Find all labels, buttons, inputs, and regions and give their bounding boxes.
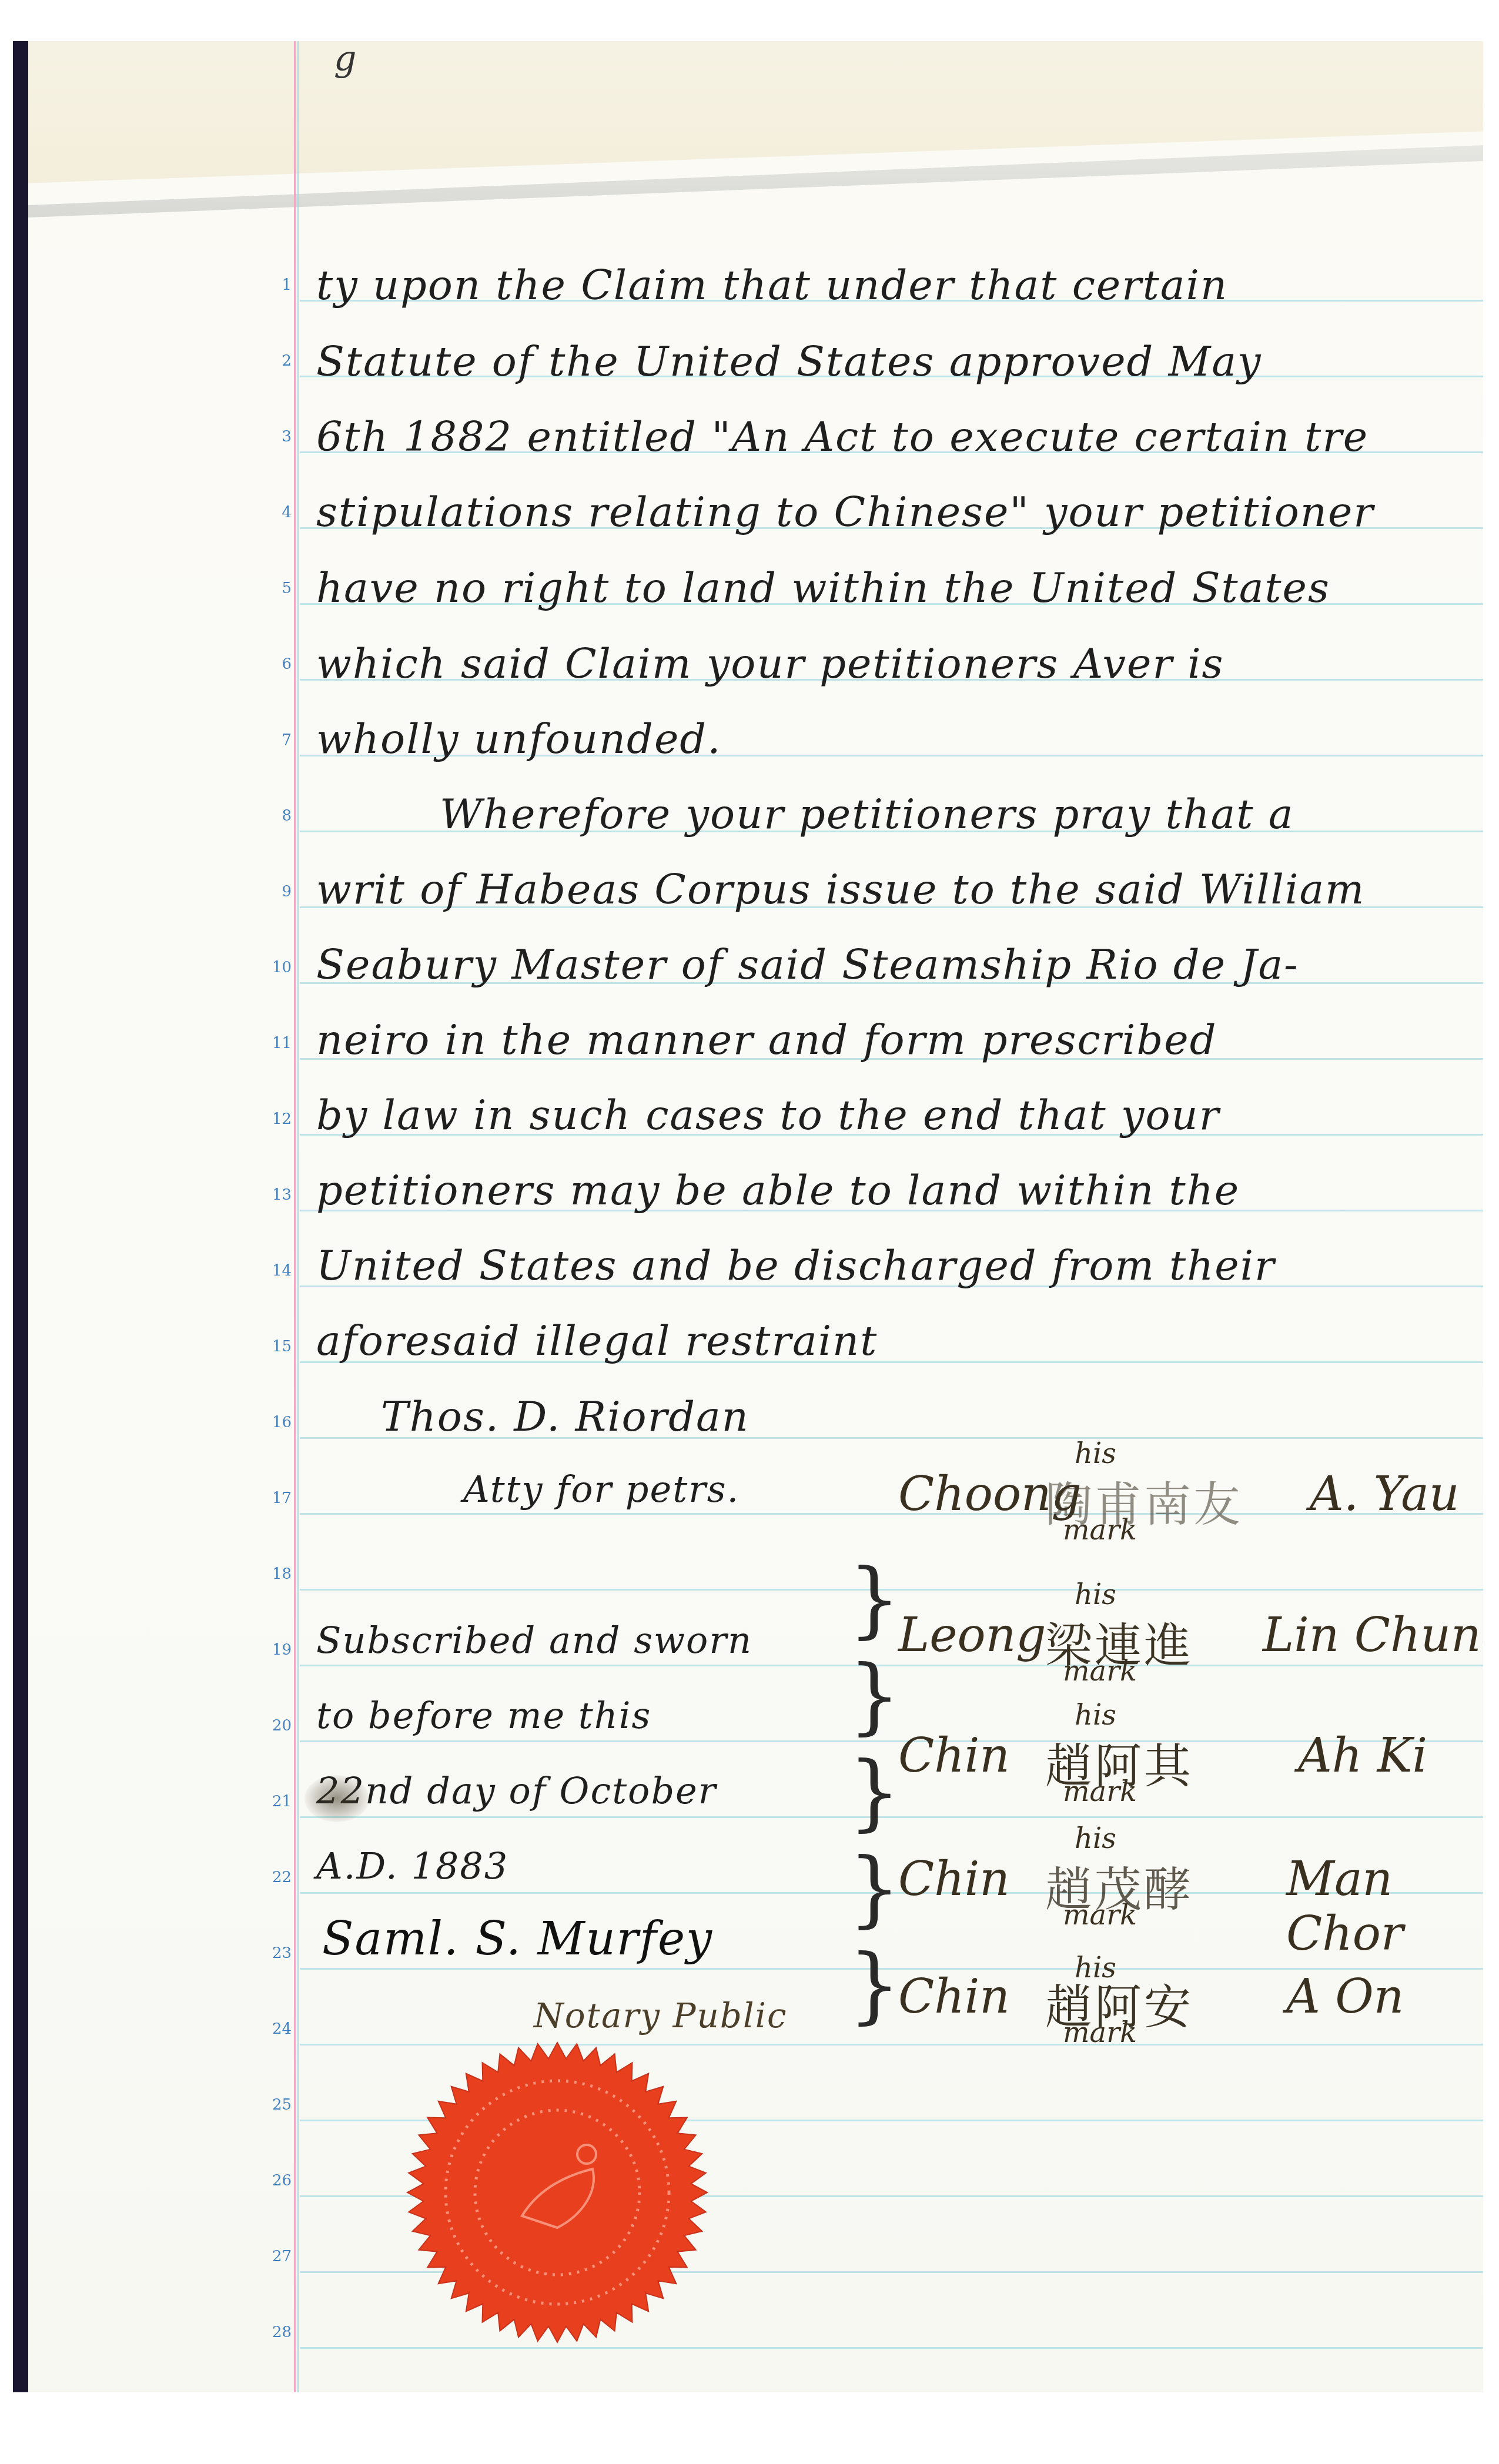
attorney-title: Atty for petrs. — [463, 1471, 740, 1508]
given-name: A. Yau — [1310, 1467, 1459, 1521]
his-label: his — [1075, 1437, 1116, 1470]
line-number: 9 — [263, 883, 292, 900]
line-number: 17 — [263, 1489, 292, 1507]
body-line-1: ty upon the Claim that under that certai… — [316, 265, 1228, 306]
mark-label: mark — [1063, 1655, 1137, 1688]
body-line-14: United States and be discharged from the… — [316, 1245, 1276, 1286]
line-number: 27 — [263, 2248, 292, 2265]
jurat-line-2: to before me this — [316, 1698, 651, 1734]
surname: Chin — [898, 1852, 1010, 1906]
line-number: 4 — [263, 504, 292, 521]
line-number: 28 — [263, 2324, 292, 2341]
mark-label: mark — [1063, 1899, 1137, 1931]
petitioner-mark-2: his Leong 梁連進 Lin Chune mark — [898, 1608, 1483, 1713]
mark-label: mark — [1063, 1514, 1137, 1546]
line-number: 13 — [263, 1186, 292, 1204]
line-number: 1 — [263, 276, 292, 294]
line-number: 20 — [263, 1717, 292, 1735]
line-number: 19 — [263, 1641, 292, 1659]
his-label: his — [1075, 1822, 1116, 1855]
line-number: 2 — [263, 352, 292, 370]
his-label: his — [1075, 1578, 1116, 1611]
given-name: Man Chor — [1286, 1852, 1483, 1961]
body-line-5: have no right to land within the United … — [316, 567, 1330, 608]
notary-signature: Saml. S. Murfey — [322, 1916, 713, 1962]
line-number: 21 — [263, 1793, 292, 1810]
body-line-13: petitioners may be able to land within t… — [316, 1170, 1240, 1211]
surname: Leong — [898, 1608, 1046, 1662]
notary-title: Notary Public — [534, 1998, 788, 2033]
his-label: his — [1075, 1699, 1116, 1732]
margin-line-red — [294, 41, 296, 2392]
mark-label: mark — [1063, 2016, 1137, 2049]
body-line-12: by law in such cases to the end that you… — [316, 1094, 1220, 1136]
body-line-9: writ of Habeas Corpus issue to the said … — [316, 869, 1366, 910]
line-number: 3 — [263, 428, 292, 446]
body-line-3: 6th 1882 entitled "An Act to execute cer… — [316, 416, 1368, 457]
line-number: 26 — [263, 2172, 292, 2190]
line-number: 25 — [263, 2096, 292, 2114]
line-number: 16 — [263, 1414, 292, 1431]
body-line-6: which said Claim your petitioners Aver i… — [316, 643, 1224, 684]
petitioner-mark-3: his Chin 趙阿其 Ah Ki mark — [898, 1728, 1483, 1834]
line-number: 15 — [263, 1338, 292, 1355]
surname: Chin — [898, 1728, 1010, 1783]
line-number: 7 — [263, 731, 292, 749]
ruled-line — [300, 2347, 1483, 2349]
body-line-4: stipulations relating to Chinese" your p… — [316, 491, 1374, 533]
body-line-7: wholly unfounded. — [316, 718, 721, 759]
margin-line-blue — [297, 41, 299, 2392]
folded-flap — [28, 41, 1483, 194]
scan-edge — [13, 41, 29, 2392]
notary-seal-icon — [404, 2040, 710, 2345]
line-number: 23 — [263, 1944, 292, 1962]
jurat-line-1: Subscribed and sworn — [316, 1622, 752, 1659]
line-number: 5 — [263, 580, 292, 597]
body-line-2: Statute of the United States approved Ma… — [316, 341, 1262, 382]
mark-label: mark — [1063, 1775, 1137, 1808]
line-number: 11 — [263, 1035, 292, 1052]
body-line-15: aforesaid illegal restraint — [316, 1320, 878, 1361]
line-number: 14 — [263, 1262, 292, 1280]
body-line-11: neiro in the manner and form prescribed — [316, 1019, 1217, 1060]
petitioner-mark-4: his Chin 趙茂酵 Man Chor mark — [898, 1852, 1483, 1957]
flap-handwriting: g — [334, 41, 356, 76]
given-name: A On — [1286, 1969, 1404, 2024]
surname: Chin — [898, 1969, 1010, 2024]
given-name: Lin Chune — [1263, 1608, 1483, 1662]
line-number: 18 — [263, 1565, 292, 1583]
petitioner-mark-5: his Chin 趙阿安 A On mark — [898, 1969, 1483, 2075]
body-line-10: Seabury Master of said Steamship Rio de … — [316, 944, 1299, 985]
jurat-line-4: A.D. 1883 — [316, 1848, 508, 1884]
line-number: 6 — [263, 655, 292, 673]
line-number: 22 — [263, 1869, 292, 1886]
petitioner-mark-1: his Choong 陶甫南友 A. Yau mark — [898, 1467, 1483, 1572]
given-name: Ah Ki — [1298, 1728, 1427, 1783]
line-number: 10 — [263, 959, 292, 976]
ink-blot — [305, 1775, 369, 1822]
attorney-signature: Thos. D. Riordan — [381, 1396, 749, 1437]
line-number: 24 — [263, 2020, 292, 2038]
document-page: g 12345678910111213141516171819202122232… — [28, 41, 1483, 2392]
body-line-8: Wherefore your petitioners pray that a — [440, 794, 1294, 835]
line-number: 8 — [263, 807, 292, 825]
line-number: 12 — [263, 1110, 292, 1128]
curly-brace: }}}}} — [848, 1552, 884, 2034]
jurat-line-3: 22nd day of October — [316, 1773, 717, 1809]
